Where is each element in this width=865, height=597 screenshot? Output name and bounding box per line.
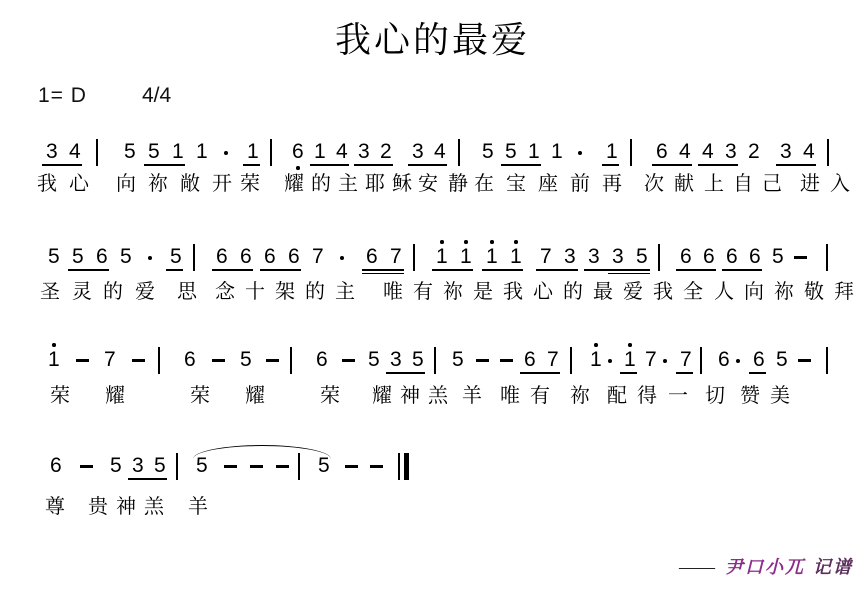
note: 2 (380, 141, 392, 163)
lyric-syllable: 是 (473, 280, 493, 304)
lyric-syllable: 思 (177, 280, 197, 304)
lyric-syllable: 主 (335, 280, 355, 304)
lyric-syllable: 荣 (320, 384, 340, 408)
note: 6 (288, 246, 300, 268)
note: 2 (748, 141, 760, 163)
note: 7 (680, 349, 692, 371)
lyric-syllable: 神 (116, 495, 136, 519)
note: 7 (104, 349, 116, 371)
lyric-syllable: 羔 (144, 495, 164, 519)
beam-underline (42, 164, 82, 166)
note: 5 (148, 141, 160, 163)
lyric-syllable: 开 (212, 172, 232, 196)
note: 4 (434, 141, 446, 163)
notes-row: 653555 (0, 455, 865, 489)
barline (96, 139, 98, 166)
note: 1 (172, 141, 184, 163)
notes-row: 55655666676711117333566665 (0, 246, 865, 280)
lyric-syllable: 祢 (570, 384, 590, 408)
note: 1 (48, 349, 60, 371)
lyric-syllable: 敬 (804, 280, 824, 304)
lyrics-row: 荣耀荣耀荣耀神羔羊唯有祢配得一切赞美 (0, 384, 865, 410)
note: 1 (436, 246, 448, 268)
note: 6 (96, 246, 108, 268)
note: 6 (749, 246, 761, 268)
lyric-syllable: 的 (305, 280, 325, 304)
notes-row: 34551116143234551116443234 (0, 141, 865, 175)
barline (193, 244, 195, 271)
note: 1 (590, 349, 602, 371)
beam-underline (432, 269, 473, 271)
duration-dash (80, 465, 93, 468)
barline (158, 347, 160, 374)
beam-underline (608, 273, 650, 275)
lyrics-row: 圣灵的爱思念十架的主唯有祢是我心的最爱我全人向祢敬拜 (0, 280, 865, 306)
note: 5 (412, 349, 424, 371)
note: 6 (240, 246, 252, 268)
transcriber-credit: ——尹口小兀记谱 (679, 553, 853, 579)
note: 4 (336, 141, 348, 163)
octave-dot-above (490, 240, 494, 244)
lyric-syllable: 羔 (428, 384, 448, 408)
note: 1 (551, 141, 563, 163)
beam-underline (620, 372, 637, 374)
note: 6 (680, 246, 692, 268)
duration-dash (276, 465, 289, 468)
lyric-syllable: 一 (668, 384, 688, 408)
beam-underline (776, 164, 816, 166)
lyric-syllable: 配 (607, 384, 627, 408)
beam-underline (68, 269, 109, 271)
lyrics-row: 我心向祢敞开荣耀的主耶稣安静在宝座前再次献上自己进入 (0, 172, 865, 198)
note: 3 (46, 141, 58, 163)
duration-dot (224, 151, 228, 155)
lyric-syllable: 耀 (284, 172, 304, 196)
note: 5 (124, 141, 136, 163)
duration-dash (342, 359, 355, 362)
note: 3 (612, 246, 624, 268)
note: 6 (366, 246, 378, 268)
note: 5 (48, 246, 60, 268)
duration-dash (794, 256, 807, 259)
lyric-syllable: 荣 (190, 384, 210, 408)
note: 4 (69, 141, 81, 163)
note: 5 (154, 455, 166, 477)
duration-dash (224, 465, 237, 468)
note: 7 (645, 349, 657, 371)
note: 7 (547, 349, 559, 371)
note: 6 (656, 141, 668, 163)
music-line-3: 176565355671177665荣耀荣耀荣耀神羔羊唯有祢配得一切赞美 (0, 349, 865, 444)
lyric-syllable: 拜 (834, 280, 854, 304)
octave-dot-above (440, 240, 444, 244)
lyric-syllable: 向 (116, 172, 136, 196)
note: 6 (184, 349, 196, 371)
note: 7 (390, 246, 402, 268)
octave-dot-above (628, 343, 632, 347)
beam-underline (652, 164, 692, 166)
beam-underline (584, 269, 650, 271)
note: 4 (679, 141, 691, 163)
octave-dot-below (296, 166, 300, 170)
beam-underline (408, 164, 447, 166)
beam-underline (676, 372, 693, 374)
note: 3 (358, 141, 370, 163)
octave-dot-above (52, 343, 56, 347)
credit-dash: —— (679, 557, 715, 577)
lyric-syllable: 灵 (72, 280, 92, 304)
duration-dash (345, 465, 358, 468)
beam-underline (501, 164, 541, 166)
lyric-syllable: 心 (69, 172, 89, 196)
duration-dash (266, 359, 279, 362)
note: 4 (702, 141, 714, 163)
note: 5 (776, 349, 788, 371)
lyric-syllable: 尊 (45, 495, 65, 519)
duration-dot (608, 359, 612, 363)
note: 7 (312, 246, 324, 268)
lyric-syllable: 我 (37, 172, 57, 196)
beam-underline (310, 164, 349, 166)
lyrics-row: 尊贵神羔羊 (0, 495, 865, 521)
duration-dot (736, 359, 740, 363)
beam-underline (536, 269, 578, 271)
lyric-syllable: 再 (602, 172, 622, 196)
note: 6 (726, 246, 738, 268)
lyric-syllable: 敞 (180, 172, 200, 196)
note: 7 (540, 246, 552, 268)
lyric-syllable: 稣 (392, 172, 412, 196)
music-line-2: 55655666676711117333566665圣灵的爱思念十架的主唯有祢是… (0, 246, 865, 341)
lyric-syllable: 美 (770, 384, 790, 408)
barline (176, 453, 178, 480)
lyric-syllable: 唯 (383, 280, 403, 304)
note: 1 (486, 246, 498, 268)
note: 5 (505, 141, 517, 163)
duration-dash (250, 465, 263, 468)
lyric-syllable: 祢 (774, 280, 794, 304)
lyric-syllable: 有 (530, 384, 550, 408)
lyric-syllable: 宝 (506, 172, 526, 196)
duration-dot (578, 151, 582, 155)
barline (826, 244, 828, 271)
lyric-syllable: 圣 (40, 280, 60, 304)
barline (270, 139, 272, 166)
duration-dot (148, 256, 152, 260)
note: 1 (624, 349, 636, 371)
duration-dot (340, 256, 344, 260)
duration-dot (663, 359, 667, 363)
note: 6 (718, 349, 730, 371)
lyric-syllable: 座 (538, 172, 558, 196)
duration-dash (212, 359, 225, 362)
lyric-syllable: 的 (311, 172, 331, 196)
note: 3 (780, 141, 792, 163)
octave-dot-above (464, 240, 468, 244)
octave-dot-above (514, 240, 518, 244)
barline (827, 139, 829, 166)
lyric-syllable: 安 (418, 172, 438, 196)
lyric-syllable: 在 (474, 172, 494, 196)
duration-dash (476, 359, 489, 362)
duration-dash (370, 465, 383, 468)
note: 3 (412, 141, 424, 163)
lyric-syllable: 耀 (372, 384, 392, 408)
octave-dot-above (594, 343, 598, 347)
lyric-syllable: 耶 (365, 172, 385, 196)
lyric-syllable: 得 (637, 384, 657, 408)
barline (630, 139, 632, 166)
note: 5 (772, 246, 784, 268)
note: 6 (524, 349, 536, 371)
note: 3 (390, 349, 402, 371)
beam-underline (362, 269, 404, 271)
lyric-syllable: 爱 (135, 280, 155, 304)
lyric-syllable: 进 (800, 172, 820, 196)
beam-underline (128, 478, 167, 480)
lyric-syllable: 的 (563, 280, 583, 304)
note: 1 (528, 141, 540, 163)
note: 6 (316, 349, 328, 371)
lyric-syllable: 自 (733, 172, 753, 196)
lyric-syllable: 神 (400, 384, 420, 408)
barline (434, 347, 436, 374)
beam-underline (144, 164, 185, 166)
lyric-syllable: 十 (245, 280, 265, 304)
lyric-syllable: 我 (503, 280, 523, 304)
lyric-syllable: 荣 (240, 172, 260, 196)
note: 6 (292, 141, 304, 163)
lyric-syllable: 耀 (105, 384, 125, 408)
note: 6 (50, 455, 62, 477)
tie-arc (193, 445, 331, 459)
beam-underline (354, 164, 393, 166)
lyric-syllable: 人 (714, 280, 734, 304)
barline (458, 139, 460, 166)
note: 5 (452, 349, 464, 371)
music-line-1: 34551116143234551116443234我心向祢敞开荣耀的主耶稣安静… (0, 141, 865, 236)
credit-suffix-label: 记谱 (813, 557, 853, 577)
lyric-syllable: 贵 (88, 495, 108, 519)
lyric-syllable: 心 (533, 280, 553, 304)
beam-underline (722, 269, 762, 271)
note: 1 (196, 141, 208, 163)
note: 3 (564, 246, 576, 268)
note: 1 (510, 246, 522, 268)
duration-dash (798, 359, 811, 362)
note: 4 (803, 141, 815, 163)
lyric-syllable: 静 (448, 172, 468, 196)
lyric-syllable: 念 (215, 280, 235, 304)
note: 1 (606, 141, 618, 163)
note: 1 (460, 246, 472, 268)
beam-underline (602, 164, 619, 166)
note: 6 (753, 349, 765, 371)
lyric-syllable: 入 (830, 172, 850, 196)
lyric-syllable: 次 (644, 172, 664, 196)
notes-row: 176565355671177665 (0, 349, 865, 383)
note: 5 (482, 141, 494, 163)
lyric-syllable: 有 (413, 280, 433, 304)
barline (290, 347, 292, 374)
barline (413, 244, 415, 271)
note: 6 (264, 246, 276, 268)
note: 5 (368, 349, 380, 371)
beam-underline (260, 269, 301, 271)
note: 6 (703, 246, 715, 268)
beam-underline (749, 372, 766, 374)
note: 5 (240, 349, 252, 371)
note: 5 (170, 246, 182, 268)
lyric-syllable: 荣 (50, 384, 70, 408)
duration-dash (76, 359, 89, 362)
beam-underline (362, 273, 404, 275)
lyric-syllable: 羊 (462, 384, 482, 408)
note: 3 (132, 455, 144, 477)
lyric-syllable: 我 (653, 280, 673, 304)
note: 3 (725, 141, 737, 163)
beam-underline (212, 269, 253, 271)
beam-underline (698, 164, 738, 166)
lyric-syllable: 献 (674, 172, 694, 196)
beam-underline (243, 164, 260, 166)
beam-underline (482, 269, 523, 271)
lyric-syllable: 爱 (623, 280, 643, 304)
lyric-syllable: 的 (103, 280, 123, 304)
lyric-syllable: 唯 (500, 384, 520, 408)
lyric-syllable: 全 (683, 280, 703, 304)
lyric-syllable: 向 (744, 280, 764, 304)
note: 1 (247, 141, 259, 163)
barline (570, 347, 572, 374)
lyric-syllable: 前 (570, 172, 590, 196)
note: 1 (314, 141, 326, 163)
lyric-syllable: 祢 (148, 172, 168, 196)
beam-underline (676, 269, 716, 271)
transcriber-name: 尹口小兀 (725, 557, 805, 577)
final-barline (398, 453, 409, 480)
duration-dash (132, 359, 145, 362)
beam-underline (520, 372, 560, 374)
lyric-syllable: 上 (704, 172, 724, 196)
lyric-syllable: 主 (338, 172, 358, 196)
lyric-syllable: 切 (705, 384, 725, 408)
note: 3 (588, 246, 600, 268)
beam-underline (166, 269, 183, 271)
lyric-syllable: 己 (762, 172, 782, 196)
score: 34551116143234551116443234我心向祢敞开荣耀的主耶稣安静… (0, 0, 865, 597)
barline (658, 244, 660, 271)
beam-underline (386, 372, 425, 374)
lyric-syllable: 耀 (245, 384, 265, 408)
music-line-4: 653555尊贵神羔羊 (0, 455, 865, 550)
note: 6 (216, 246, 228, 268)
lyric-syllable: 架 (275, 280, 295, 304)
barline (826, 347, 828, 374)
duration-dash (500, 359, 513, 362)
lyric-syllable: 祢 (443, 280, 463, 304)
lyric-syllable: 羊 (188, 495, 208, 519)
note: 5 (72, 246, 84, 268)
lyric-syllable: 最 (593, 280, 613, 304)
note: 5 (636, 246, 648, 268)
note: 5 (110, 455, 122, 477)
lyric-syllable: 赞 (740, 384, 760, 408)
barline (700, 347, 702, 374)
note: 5 (120, 246, 132, 268)
